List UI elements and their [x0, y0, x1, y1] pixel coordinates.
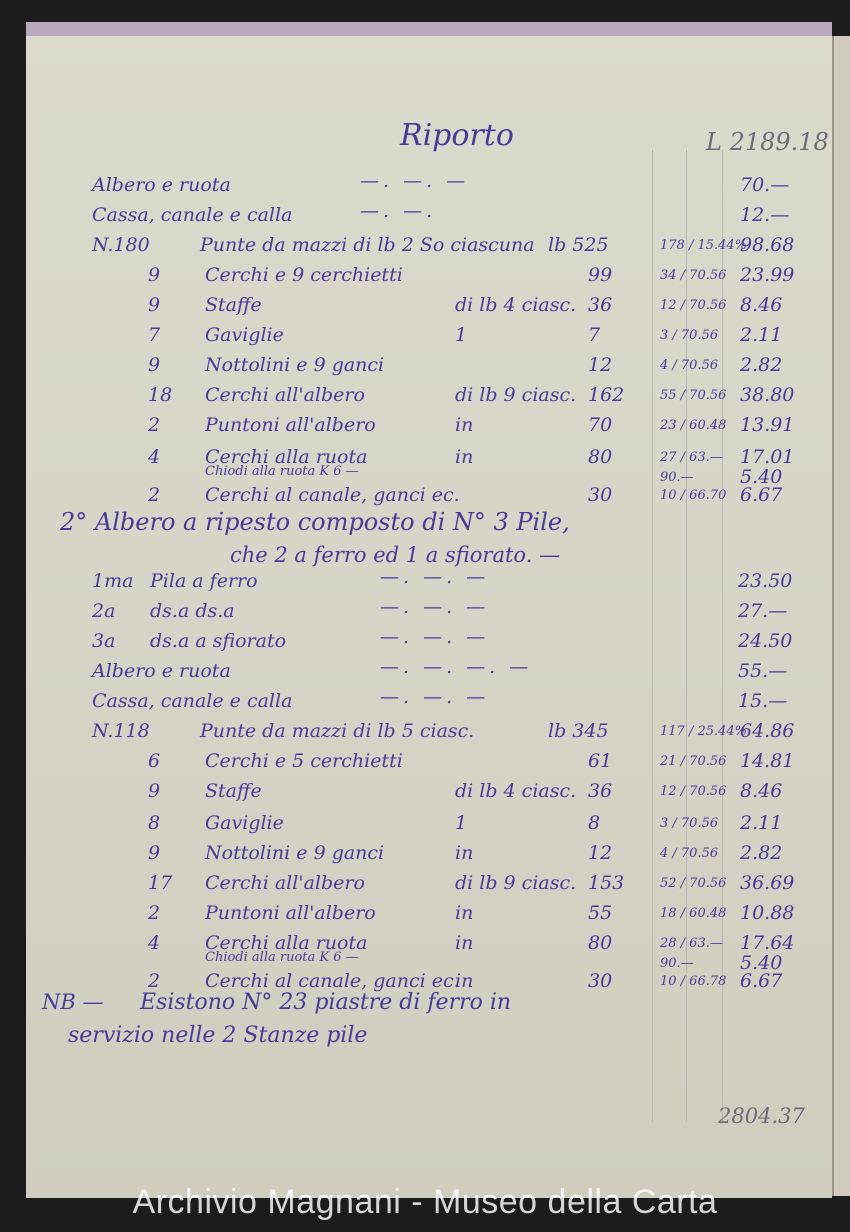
row-qty: 4 — [148, 446, 160, 468]
page-total: 2804.37 — [718, 1104, 805, 1128]
page-title: Riporto — [400, 118, 514, 153]
row-rate: 117 / 25.44% — [660, 724, 747, 739]
row-qty: 4 — [148, 932, 160, 954]
row-description: Albero e ruota — [92, 174, 231, 196]
row-weight: 36 — [588, 294, 612, 316]
row-amount: 10.88 — [740, 902, 794, 924]
section2-subheading: che 2 a ferro ed 1 a sfiorato. — — [230, 543, 560, 567]
row-description: ds.a a sfiorato — [150, 630, 286, 652]
row-weight: 80 — [588, 446, 612, 468]
row-description: Gaviglie — [205, 812, 284, 834]
row-qty: 18 — [148, 384, 172, 406]
row-qty: 9 — [148, 780, 160, 802]
row-qty: 17 — [148, 872, 172, 894]
row-unit: in — [455, 414, 473, 436]
row-amount: 12.— — [740, 204, 789, 226]
row-qty: 1ma — [92, 570, 133, 592]
row-amount: 15.— — [738, 690, 787, 712]
row-rate: 21 / 70.56 — [660, 754, 726, 769]
row-rate: 3 / 70.56 — [660, 328, 718, 343]
row-qty: 9 — [148, 842, 160, 864]
row-qty: 2 — [148, 902, 160, 924]
row-amount: 55.— — [738, 660, 787, 682]
row-rate: 27 / 63.— — [660, 450, 723, 465]
row-amount: 98.68 — [740, 234, 794, 256]
row-description: Puntoni all'albero — [205, 902, 376, 924]
row-description: Cerchi e 9 cerchietti — [205, 264, 403, 286]
carried-total: L 2189.18 — [706, 128, 829, 156]
row-description: Puntoni all'albero — [205, 414, 376, 436]
row-description: Gaviglie — [205, 324, 284, 346]
row-qty: 8 — [148, 812, 160, 834]
row-weight: 162 — [588, 384, 624, 406]
row-fill-dashes: —. —. — — [360, 170, 469, 192]
row-unit: 1 — [455, 324, 467, 346]
row-weight: 61 — [588, 750, 612, 772]
row-fill-dashes: —. —. — — [380, 686, 489, 708]
row-amount: 2.11 — [740, 324, 782, 346]
row-weight: 12 — [588, 354, 612, 376]
row-description: Nottolini e 9 ganci — [205, 842, 384, 864]
row-qty: N.180 — [92, 234, 150, 256]
row-unit: in — [455, 932, 473, 954]
row-qty: 2 — [148, 484, 160, 506]
archive-watermark: Archivio Magnani - Museo della Carta — [0, 1183, 850, 1222]
row-amount: 70.— — [740, 174, 789, 196]
row-weight: 30 — [588, 484, 612, 506]
row-rate: 3 / 70.56 — [660, 816, 718, 831]
row-rate: 18 / 60.48 — [660, 906, 726, 921]
row-weight: 12 — [588, 842, 612, 864]
row-amount: 23.50 — [738, 570, 792, 592]
row-weight: 153 — [588, 872, 624, 894]
row-rate: 12 / 70.56 — [660, 298, 726, 313]
row-weight: 8 — [588, 812, 600, 834]
row-description: Punte da mazzi di lb 2 So ciascuna — [200, 234, 535, 256]
row-qty: 3a — [92, 630, 115, 652]
row-rate: 28 / 63.— — [660, 936, 723, 951]
row-amount: 6.67 — [740, 970, 782, 992]
row-qty: 9 — [148, 294, 160, 316]
row-amount: 64.86 — [740, 720, 794, 742]
row-fill-dashes: —. —. — [360, 200, 436, 222]
row-weight: lb 525 — [548, 234, 609, 256]
row-amount: 27.— — [738, 600, 787, 622]
row-description: Cassa, canale e calla — [92, 690, 292, 712]
row-unit: di lb 4 ciasc. — [455, 294, 576, 316]
row-amount: 17.01 — [740, 446, 794, 468]
row-weight: 70 — [588, 414, 612, 436]
row-weight: 30 — [588, 970, 612, 992]
row-rate: 55 / 70.56 — [660, 388, 726, 403]
row-description: Cerchi all'albero — [205, 384, 365, 406]
row-unit: di lb 4 ciasc. — [455, 780, 576, 802]
row-amount: 17.64 — [740, 932, 794, 954]
row-rate: 178 / 15.44% — [660, 238, 747, 253]
row-description: Staffe — [205, 780, 262, 802]
note-line-1: Esistono N° 23 piastre di ferro in — [140, 990, 511, 1015]
row-amount: 2.82 — [740, 842, 782, 864]
row-amount: 2.11 — [740, 812, 782, 834]
row-amount: 8.46 — [740, 780, 782, 802]
row-description: Cerchi e 5 cerchietti — [205, 750, 403, 772]
row-description: Cassa, canale e calla — [92, 204, 292, 226]
row-amount: 23.99 — [740, 264, 794, 286]
row-fill-dashes: —. —. — — [380, 596, 489, 618]
row-description: Chiodi alla ruota K 6 — — [205, 464, 359, 479]
row-qty: 2a — [92, 600, 115, 622]
row-description: Albero e ruota — [92, 660, 231, 682]
row-unit: in — [455, 970, 473, 992]
row-qty: N.118 — [92, 720, 150, 742]
row-description: Cerchi al canale, ganci ec. — [205, 484, 460, 506]
row-weight: 99 — [588, 264, 612, 286]
row-description: Chiodi alla ruota K 6 — — [205, 950, 359, 965]
row-unit: di lb 9 ciasc. — [455, 384, 576, 406]
row-amount: 14.81 — [740, 750, 794, 772]
row-qty: 7 — [148, 324, 160, 346]
row-rate: 90.— — [660, 956, 694, 971]
row-weight: 80 — [588, 932, 612, 954]
row-qty: 2 — [148, 970, 160, 992]
row-description: Pila a ferro — [150, 570, 258, 592]
row-rate: 52 / 70.56 — [660, 876, 726, 891]
row-qty: 9 — [148, 264, 160, 286]
row-amount: 6.67 — [740, 484, 782, 506]
row-description: Cerchi all'albero — [205, 872, 365, 894]
row-amount: 2.82 — [740, 354, 782, 376]
section2-heading: 2° Albero a ripesto composto di N° 3 Pil… — [60, 508, 570, 536]
row-weight: 7 — [588, 324, 600, 346]
row-amount: 13.91 — [740, 414, 794, 436]
row-rate: 4 / 70.56 — [660, 846, 718, 861]
row-rate: 23 / 60.48 — [660, 418, 726, 433]
row-unit: di lb 9 ciasc. — [455, 872, 576, 894]
note-line-2: servizio nelle 2 Stanze pile — [68, 1023, 367, 1048]
row-unit: in — [455, 842, 473, 864]
row-fill-dashes: —. —. —. — — [380, 656, 532, 678]
row-description: Staffe — [205, 294, 262, 316]
row-amount: 24.50 — [738, 630, 792, 652]
row-unit: in — [455, 446, 473, 468]
column-rule — [652, 150, 653, 1122]
row-qty: 9 — [148, 354, 160, 376]
row-weight: 36 — [588, 780, 612, 802]
row-rate: 10 / 66.78 — [660, 974, 726, 989]
row-amount: 36.69 — [740, 872, 794, 894]
note-label: NB — — [42, 990, 103, 1014]
row-description: Cerchi al canale, ganci ec. — [205, 970, 460, 992]
row-description: Punte da mazzi di lb 5 ciasc. — [200, 720, 474, 742]
row-amount: 8.46 — [740, 294, 782, 316]
row-rate: 90.— — [660, 470, 694, 485]
row-rate: 12 / 70.56 — [660, 784, 726, 799]
row-qty: 2 — [148, 414, 160, 436]
row-description: ds.a ds.a — [150, 600, 235, 622]
row-fill-dashes: —. —. — — [380, 566, 489, 588]
row-rate: 10 / 66.70 — [660, 488, 726, 503]
row-weight: 55 — [588, 902, 612, 924]
row-weight: lb 345 — [548, 720, 609, 742]
row-qty: 6 — [148, 750, 160, 772]
row-unit: 1 — [455, 812, 467, 834]
row-unit: in — [455, 902, 473, 924]
row-fill-dashes: —. —. — — [380, 626, 489, 648]
row-amount: 38.80 — [740, 384, 794, 406]
row-rate: 34 / 70.56 — [660, 268, 726, 283]
facing-page-edge — [832, 36, 850, 1196]
row-description: Nottolini e 9 ganci — [205, 354, 384, 376]
row-rate: 4 / 70.56 — [660, 358, 718, 373]
